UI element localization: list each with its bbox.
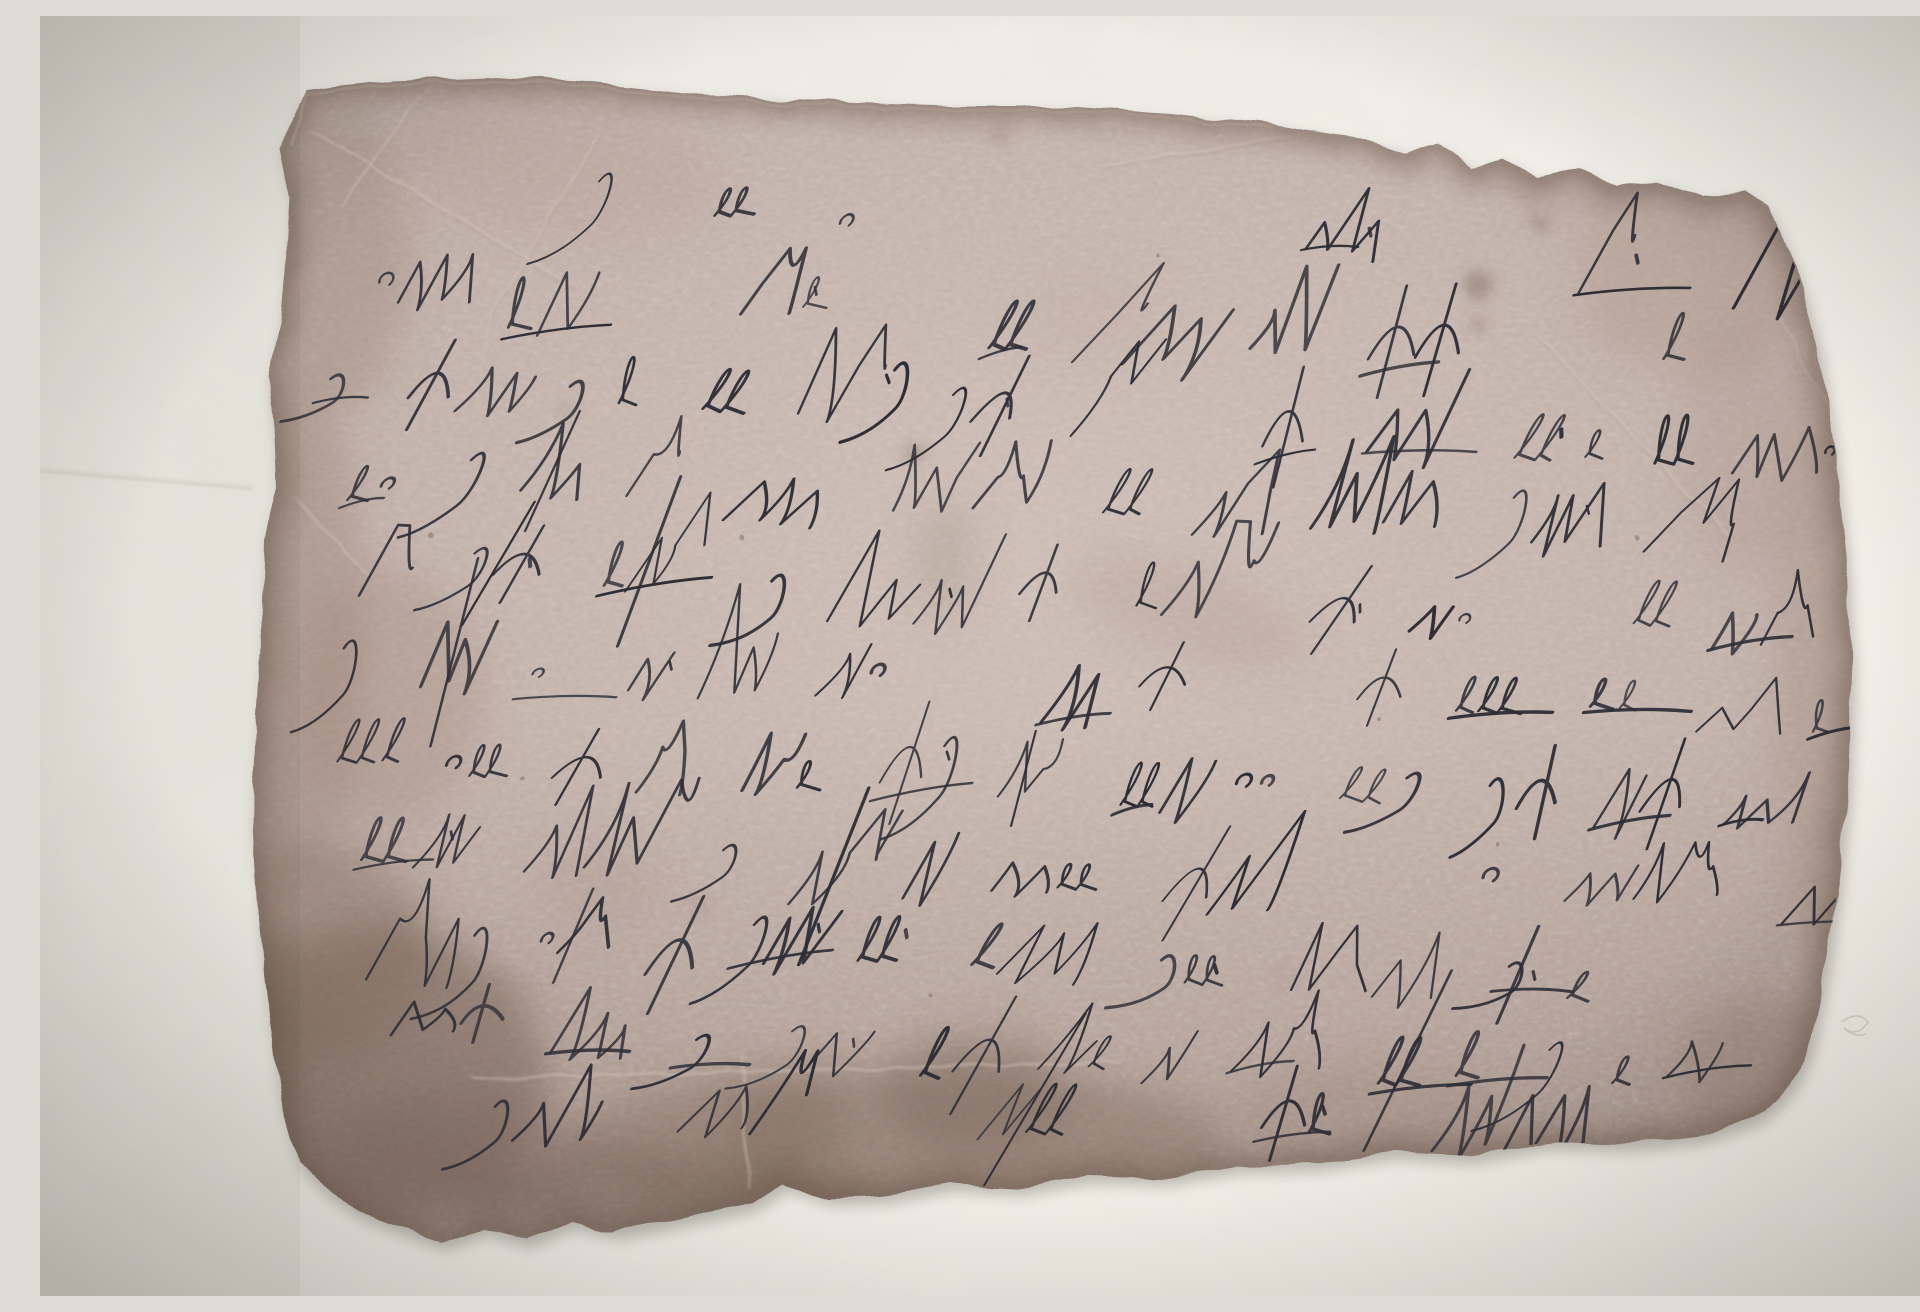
scene-svg	[40, 16, 1920, 1296]
photo-of-handwritten-letter: Photograph of a torn, water-stained shee…	[40, 16, 1920, 1296]
photo-vignette	[40, 16, 1920, 1296]
photo-vignette-left	[40, 16, 300, 1296]
